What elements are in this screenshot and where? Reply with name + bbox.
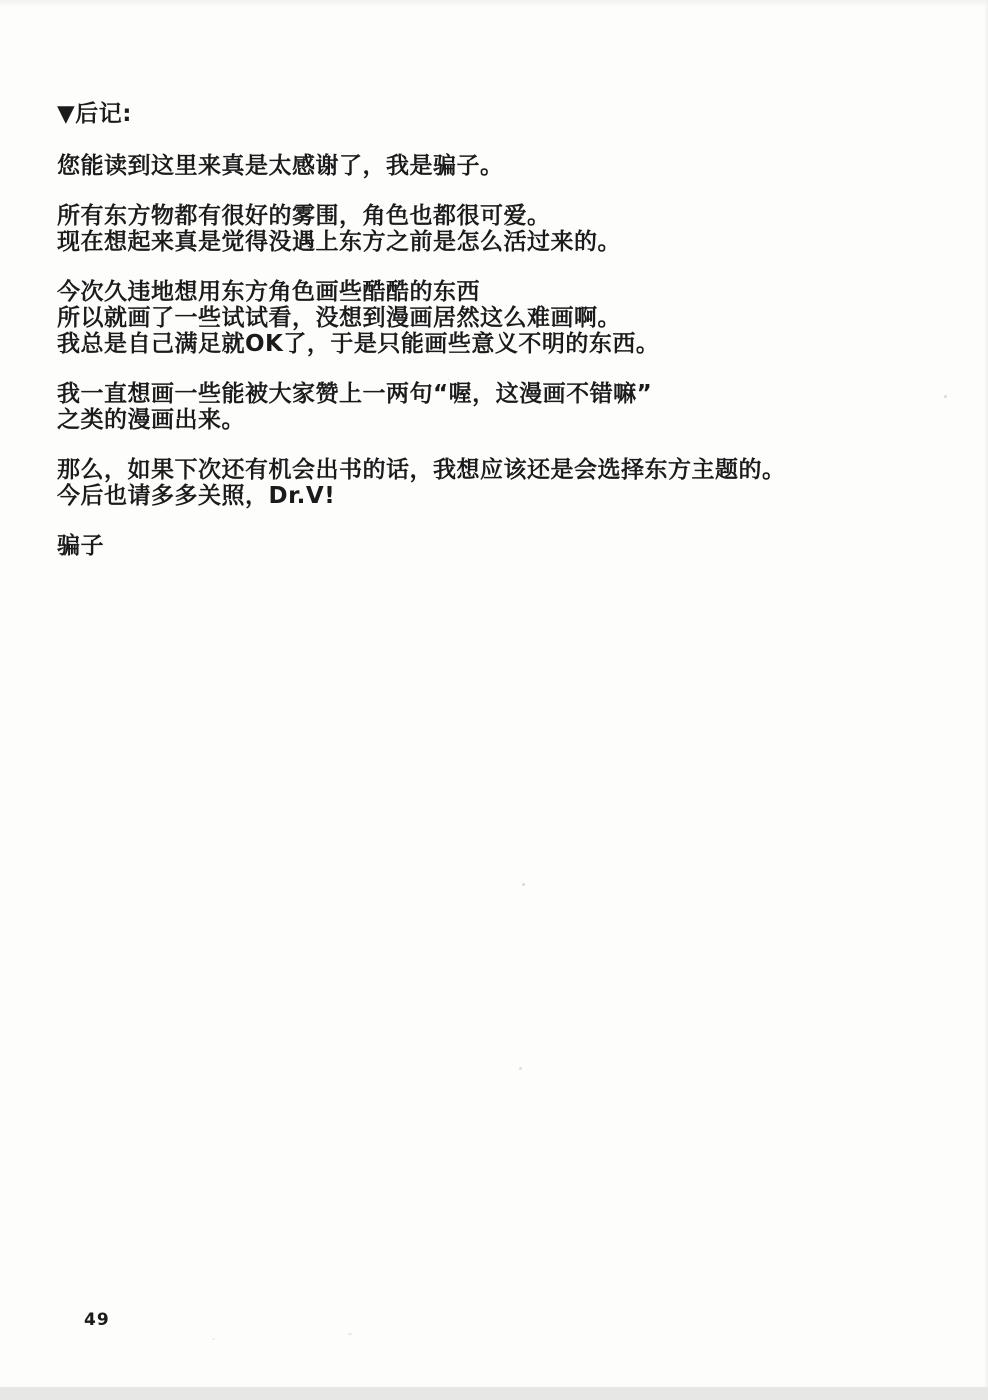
text-line: 那么，如果下次还有机会出书的话，我想应该还是会选择东方主题的。 — [57, 457, 937, 483]
text-line: 我总是自己满足就OK了，于是只能画些意义不明的东西。 — [57, 331, 937, 357]
text-line: 现在想起来真是觉得没遇上东方之前是怎么活过来的。 — [57, 229, 937, 255]
scan-edge-top — [0, 0, 988, 7]
scan-speck — [212, 1338, 215, 1340]
text-line: 之类的漫画出来。 — [57, 407, 937, 433]
signature-line: 骗子 — [57, 533, 937, 559]
text-line: 今次久违地想用东方角色画些酷酷的东西 — [57, 279, 937, 305]
scan-edge-right — [984, 0, 988, 1400]
paragraph-1: 您能读到这里来真是太感谢了，我是骗子。 — [57, 153, 937, 179]
afterword-text: ▼后记: 您能读到这里来真是太感谢了，我是骗子。 所有东方物都有很好的雾围，角色… — [57, 101, 937, 583]
scan-speck — [944, 395, 947, 398]
text-line: 今后也请多多关照，Dr.V! — [57, 483, 937, 509]
text-line: 所以就画了一些试试看，没想到漫画居然这么难画啊。 — [57, 305, 937, 331]
afterword-heading: ▼后记: — [57, 101, 937, 127]
text-line: 所有东方物都有很好的雾围，角色也都很可爱。 — [57, 203, 937, 229]
scan-speck — [522, 883, 525, 886]
page-number: 49 — [84, 1310, 110, 1330]
paragraph-2: 所有东方物都有很好的雾围，角色也都很可爱。 现在想起来真是觉得没遇上东方之前是怎… — [57, 203, 937, 255]
paragraph-5: 那么，如果下次还有机会出书的话，我想应该还是会选择东方主题的。 今后也请多多关照… — [57, 457, 937, 509]
scan-speck — [519, 1067, 522, 1070]
paragraph-4: 我一直想画一些能被大家赞上一两句“喔，这漫画不错嘛” 之类的漫画出来。 — [57, 381, 937, 433]
paragraph-3: 今次久违地想用东方角色画些酷酷的东西 所以就画了一些试试看，没想到漫画居然这么难… — [57, 279, 937, 357]
scan-speck — [348, 1333, 352, 1335]
text-line: 我一直想画一些能被大家赞上一两句“喔，这漫画不错嘛” — [57, 381, 937, 407]
signature: 骗子 — [57, 533, 937, 559]
scanned-page: ▼后记: 您能读到这里来真是太感谢了，我是骗子。 所有东方物都有很好的雾围，角色… — [0, 0, 988, 1400]
scan-edge-bottom — [0, 1387, 988, 1400]
text-line: 您能读到这里来真是太感谢了，我是骗子。 — [57, 153, 937, 179]
